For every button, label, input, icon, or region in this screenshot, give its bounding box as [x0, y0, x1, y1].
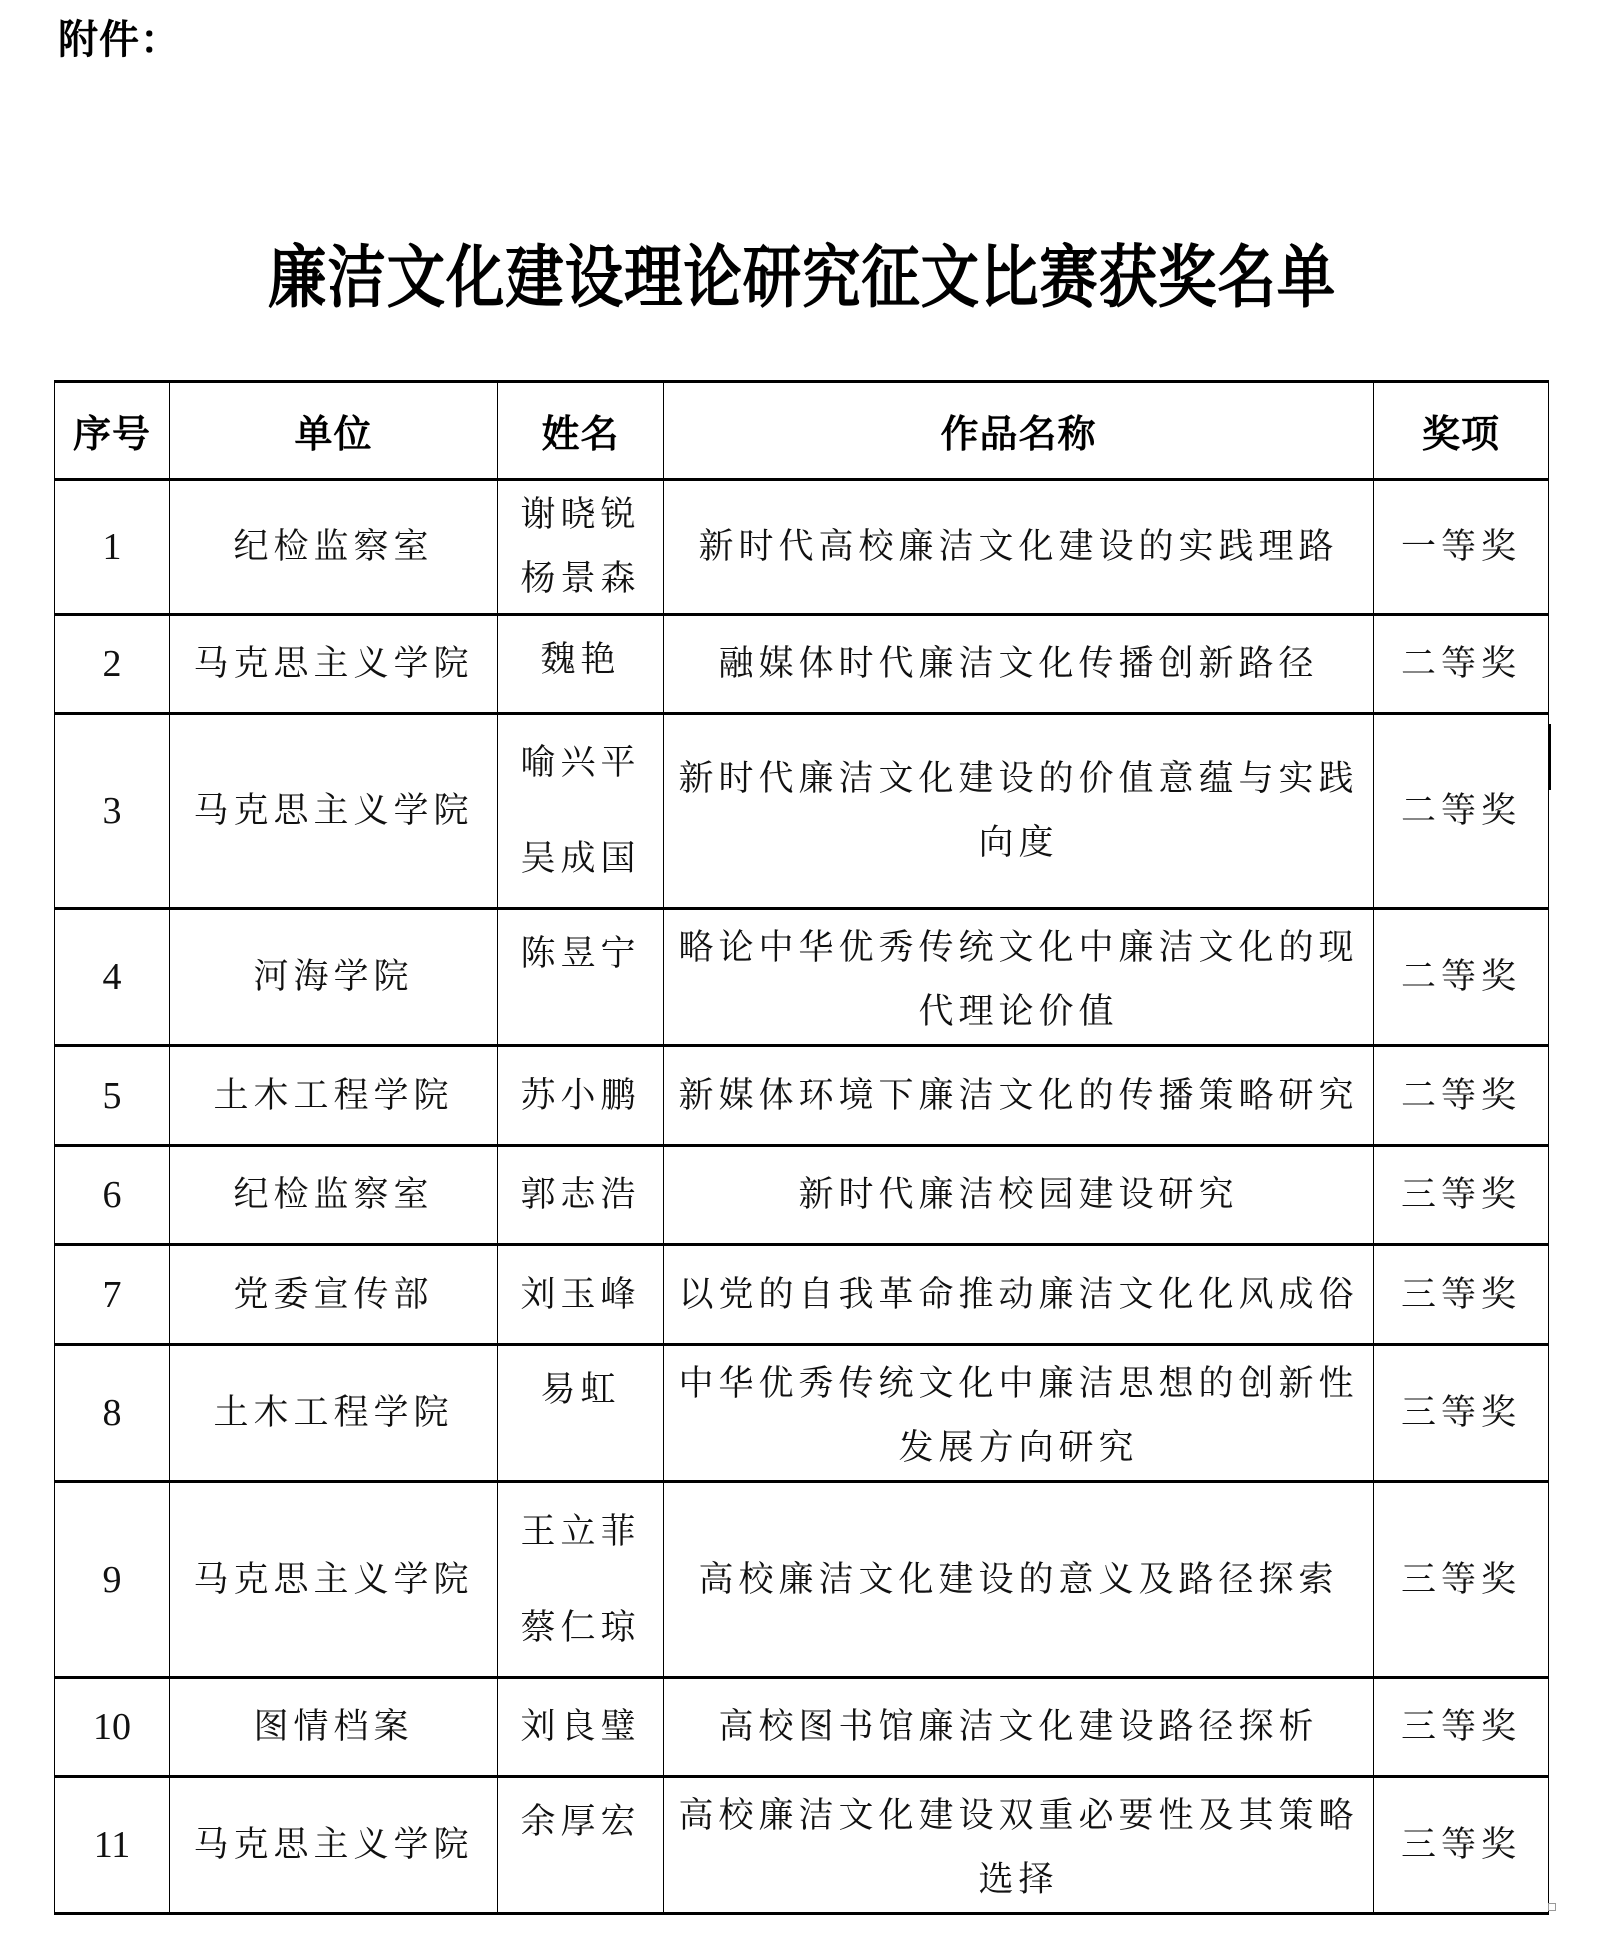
person-name: 魏艳 — [506, 628, 655, 692]
cell-award: 三等奖 — [1374, 1245, 1549, 1345]
table-row: 4 河海学院 陈昱宁 略论中华优秀传统文化中廉洁文化的现代理论价值 二等奖 — [55, 909, 1549, 1046]
document-title: 廉洁文化建设理论研究征文比赛获奖名单 — [112, 236, 1491, 320]
cell-unit: 马克思主义学院 — [170, 615, 498, 714]
person-name: 蔡仁琼 — [506, 1596, 655, 1660]
cell-seq: 8 — [55, 1345, 170, 1482]
cell-unit: 马克思主义学院 — [170, 1777, 498, 1914]
table-row: 5 土木工程学院 苏小鹏 新媒体环境下廉洁文化的传播策略研究 二等奖 — [55, 1046, 1549, 1146]
cell-names: 余厚宏 — [498, 1777, 664, 1914]
cell-names: 魏艳 — [498, 615, 664, 714]
cell-award: 二等奖 — [1374, 615, 1549, 714]
table-row: 3 马克思主义学院 喻兴平 吴成国 新时代廉洁文化建设的价值意蕴与实践向度 二等… — [55, 714, 1549, 909]
cell-unit: 马克思主义学院 — [170, 714, 498, 909]
cell-work-title: 以党的自我革命推动廉洁文化化风成俗 — [664, 1245, 1374, 1345]
cell-award: 二等奖 — [1374, 1046, 1549, 1146]
header-name: 姓名 — [498, 382, 664, 480]
table-row: 7 党委宣传部 刘玉峰 以党的自我革命推动廉洁文化化风成俗 三等奖 — [55, 1245, 1549, 1345]
table-header-row: 序号 单位 姓名 作品名称 奖项 — [55, 382, 1549, 480]
cell-unit: 河海学院 — [170, 909, 498, 1046]
cell-unit: 马克思主义学院 — [170, 1482, 498, 1678]
cell-names: 谢晓锐 杨景森 — [498, 480, 664, 615]
cell-work-title: 新时代廉洁文化建设的价值意蕴与实践向度 — [664, 714, 1374, 909]
paragraph-end-marker-icon — [1548, 1903, 1556, 1911]
cell-award: 二等奖 — [1374, 714, 1549, 909]
header-unit: 单位 — [170, 382, 498, 480]
cell-work-title: 高校图书馆廉洁文化建设路径探析 — [664, 1678, 1374, 1777]
table-row: 8 土木工程学院 易虹 中华优秀传统文化中廉洁思想的创新性发展方向研究 三等奖 — [55, 1345, 1549, 1482]
cell-work-title: 高校廉洁文化建设的意义及路径探索 — [664, 1482, 1374, 1678]
person-name: 喻兴平 — [506, 731, 655, 795]
table-row: 11 马克思主义学院 余厚宏 高校廉洁文化建设双重必要性及其策略选择 三等奖 — [55, 1777, 1549, 1914]
person-name: 余厚宏 — [506, 1790, 655, 1854]
header-award: 奖项 — [1374, 382, 1549, 480]
cell-unit: 纪检监察室 — [170, 1146, 498, 1245]
cell-seq: 3 — [55, 714, 170, 909]
attachment-label: 附件： — [58, 12, 181, 68]
cell-unit: 土木工程学院 — [170, 1046, 498, 1146]
person-name: 吴成国 — [506, 827, 655, 891]
person-name: 郭志浩 — [506, 1163, 655, 1227]
cell-seq: 6 — [55, 1146, 170, 1245]
cell-award: 三等奖 — [1374, 1482, 1549, 1678]
person-name: 谢晓锐 — [506, 483, 655, 547]
cell-unit: 土木工程学院 — [170, 1345, 498, 1482]
margin-mark-line — [1549, 724, 1551, 790]
cell-names: 苏小鹏 — [498, 1046, 664, 1146]
person-name: 杨景森 — [506, 547, 655, 611]
person-name: 易虹 — [506, 1358, 655, 1422]
table-row: 9 马克思主义学院 王立菲 蔡仁琼 高校廉洁文化建设的意义及路径探索 三等奖 — [55, 1482, 1549, 1678]
cell-work-title: 中华优秀传统文化中廉洁思想的创新性发展方向研究 — [664, 1345, 1374, 1482]
cell-seq: 1 — [55, 480, 170, 615]
cell-seq: 5 — [55, 1046, 170, 1146]
cell-seq: 7 — [55, 1245, 170, 1345]
cell-names: 刘良璧 — [498, 1678, 664, 1777]
cell-names: 喻兴平 吴成国 — [498, 714, 664, 909]
cell-seq: 10 — [55, 1678, 170, 1777]
cell-names: 王立菲 蔡仁琼 — [498, 1482, 664, 1678]
table-row: 2 马克思主义学院 魏艳 融媒体时代廉洁文化传播创新路径 二等奖 — [55, 615, 1549, 714]
table-row: 6 纪检监察室 郭志浩 新时代廉洁校园建设研究 三等奖 — [55, 1146, 1549, 1245]
cell-work-title: 新时代廉洁校园建设研究 — [664, 1146, 1374, 1245]
cell-award: 三等奖 — [1374, 1345, 1549, 1482]
cell-work-title: 新时代高校廉洁文化建设的实践理路 — [664, 480, 1374, 615]
person-name: 刘玉峰 — [506, 1263, 655, 1327]
cell-names: 郭志浩 — [498, 1146, 664, 1245]
cell-unit: 纪检监察室 — [170, 480, 498, 615]
cell-work-title: 融媒体时代廉洁文化传播创新路径 — [664, 615, 1374, 714]
cell-seq: 11 — [55, 1777, 170, 1914]
cell-names: 刘玉峰 — [498, 1245, 664, 1345]
cell-award: 二等奖 — [1374, 909, 1549, 1046]
cell-seq: 9 — [55, 1482, 170, 1678]
person-name: 陈昱宁 — [506, 922, 655, 986]
cell-award: 三等奖 — [1374, 1678, 1549, 1777]
cell-work-title: 略论中华优秀传统文化中廉洁文化的现代理论价值 — [664, 909, 1374, 1046]
person-name: 苏小鹏 — [506, 1064, 655, 1128]
header-seq: 序号 — [55, 382, 170, 480]
cell-award: 一等奖 — [1374, 480, 1549, 615]
person-name: 王立菲 — [506, 1500, 655, 1564]
cell-work-title: 新媒体环境下廉洁文化的传播策略研究 — [664, 1046, 1374, 1146]
cell-unit: 党委宣传部 — [170, 1245, 498, 1345]
table-row: 1 纪检监察室 谢晓锐 杨景森 新时代高校廉洁文化建设的实践理路 一等奖 — [55, 480, 1549, 615]
header-work-title: 作品名称 — [664, 382, 1374, 480]
award-winners-table: 序号 单位 姓名 作品名称 奖项 1 纪检监察室 谢晓锐 杨景森 新时代高校廉洁… — [54, 380, 1549, 1915]
cell-award: 三等奖 — [1374, 1777, 1549, 1914]
cell-work-title: 高校廉洁文化建设双重必要性及其策略选择 — [664, 1777, 1374, 1914]
cell-seq: 4 — [55, 909, 170, 1046]
person-name: 刘良璧 — [506, 1695, 655, 1759]
cell-award: 三等奖 — [1374, 1146, 1549, 1245]
cell-seq: 2 — [55, 615, 170, 714]
cell-names: 易虹 — [498, 1345, 664, 1482]
cell-unit: 图情档案 — [170, 1678, 498, 1777]
cell-names: 陈昱宁 — [498, 909, 664, 1046]
table-row: 10 图情档案 刘良璧 高校图书馆廉洁文化建设路径探析 三等奖 — [55, 1678, 1549, 1777]
